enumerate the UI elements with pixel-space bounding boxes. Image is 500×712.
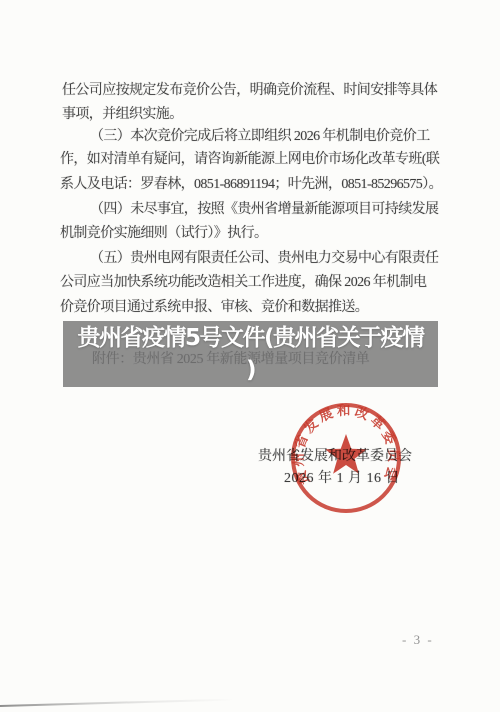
doc-text-line: 事项，并组织实施。: [62, 103, 183, 123]
scanned-document-page: 任公司应按规定发布竞价公告，明确竞价流程、时间安排等具体 事项，并组织实施。 （…: [0, 0, 500, 712]
seal-star-icon: [325, 434, 367, 474]
doc-text-line: （四）未尽事宜，按照《贵州省增量新能源项目可持续发展: [90, 198, 438, 218]
doc-text-line: （五）贵州电网有限责任公司、贵州电力交易中心有限责任: [90, 247, 438, 267]
overlay-caption-line2: ): [246, 354, 255, 386]
scan-edge-artifact: [0, 698, 235, 707]
page-number: - 3 -: [402, 632, 434, 648]
doc-text-line: （三）本次竞价完成后将立即组织 2026 年机制电价竞价工: [90, 125, 430, 145]
overlay-caption-line1: 贵州省疫情5号文件(贵州省关于疫情: [77, 322, 423, 354]
doc-text-line: 价竞价项目通过系统申报、审核、竞价和数据推送。: [60, 296, 368, 316]
doc-text-line: 机制竞价实施细则（试行）》执行。: [60, 222, 267, 242]
doc-text-line: 作，如对清单有疑问，请咨询新能源上网电价市场化改革专班(联: [60, 148, 439, 168]
official-seal-icon: 贵州省发展和改革委员会: [287, 399, 405, 517]
doc-text-line: 任公司应按规定发布竞价公告，明确竞价流程、时间安排等具体: [62, 79, 437, 99]
doc-text-line: 系人及电话：罗春林，0851-86891194；叶先洲，0851-8529657…: [60, 173, 442, 193]
overlay-caption-banner: 贵州省疫情5号文件(贵州省关于疫情 ): [63, 321, 438, 387]
doc-text-line: 公司应当加快系统功能改造相关工作进度，确保 2026 年机制电: [60, 271, 426, 291]
